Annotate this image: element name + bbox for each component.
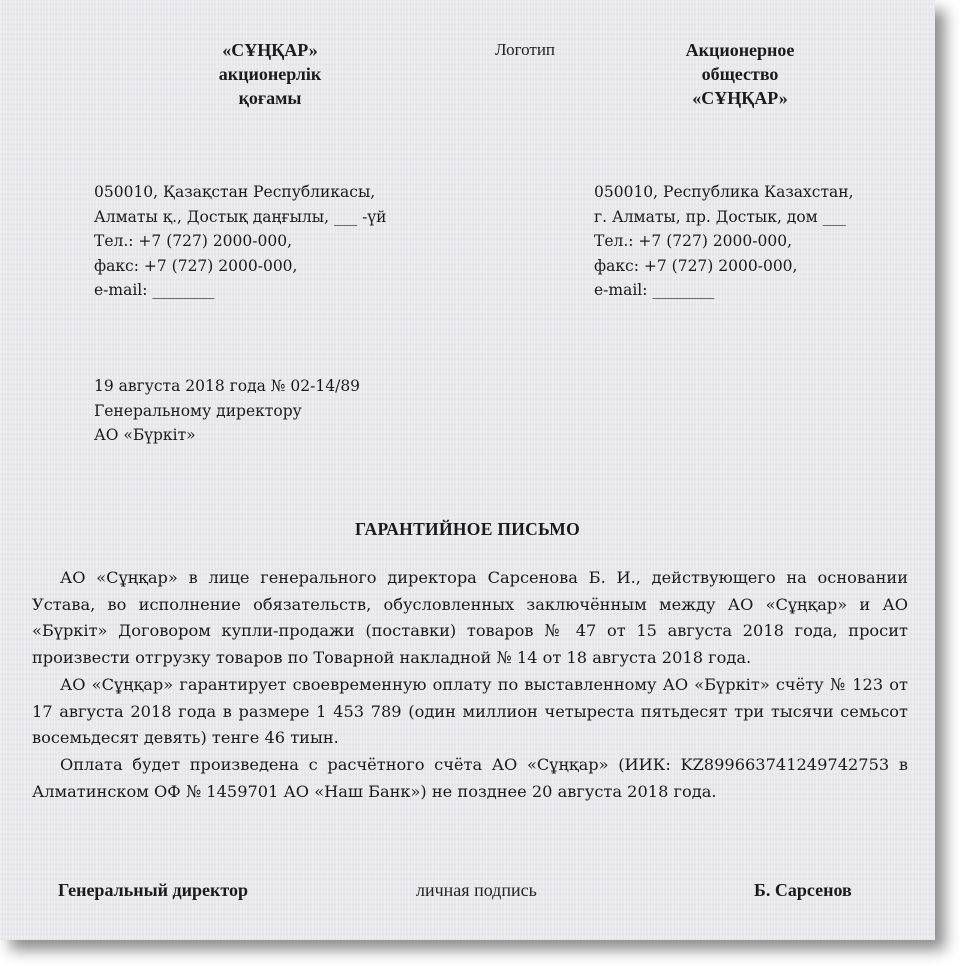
letterhead-kz-line: «СҰҢҚАР»	[180, 38, 360, 62]
address-ru: 050010, Республика Казахстан, г. Алматы,…	[594, 180, 854, 303]
address-kz-line: 050010, Қазақстан Республикасы,	[94, 180, 386, 205]
address-ru-line: 050010, Республика Казахстан,	[594, 180, 854, 205]
address-kz-fax: факс: +7 (727) 2000-000,	[94, 254, 386, 279]
document-title: ГАРАНТИЙНОЕ ПИСЬМО	[0, 519, 935, 540]
address-ru-phone: Тел.: +7 (727) 2000-000,	[594, 229, 854, 254]
letter-body: АО «Сұңқар» в лице генерального директор…	[32, 565, 908, 805]
addressee-company: АО «Бүркіт»	[94, 423, 360, 448]
address-ru-fax: факс: +7 (727) 2000-000,	[594, 254, 854, 279]
address-kz-line: Алматы қ., Достық даңғылы, ___ -үй	[94, 205, 386, 230]
letterhead-ru-line: Акционерное	[640, 38, 840, 62]
addressee-position: Генеральному директору	[94, 399, 360, 424]
recipient-block: 19 августа 2018 года № 02-14/89 Генераль…	[94, 374, 360, 448]
body-paragraph: АО «Сұңқар» в лице генерального директор…	[32, 565, 908, 672]
address-kz: 050010, Қазақстан Республикасы, Алматы қ…	[94, 180, 386, 303]
letterhead-kz-line: қоғамы	[180, 86, 360, 110]
letterhead-ru-line: «СҰҢҚАР»	[640, 86, 840, 110]
signatory-role: Генеральный директор	[58, 880, 248, 901]
body-paragraph: АО «Сұңқар» гарантирует своевременную оп…	[32, 672, 908, 752]
body-paragraph: Оплата будет произведена с расчётного сч…	[32, 752, 908, 805]
letter-page: «СҰҢҚАР» акционерлік қоғамы Логотип Акци…	[0, 0, 935, 940]
letterhead-ru-line: общество	[640, 62, 840, 86]
address-kz-email: e-mail: ________	[94, 278, 386, 303]
outgoing-date-number: 19 августа 2018 года № 02-14/89	[94, 374, 360, 399]
letterhead-ru: Акционерное общество «СҰҢҚАР»	[640, 38, 840, 110]
logo-placeholder: Логотип	[470, 38, 580, 62]
address-ru-line: г. Алматы, пр. Достык, дом ___	[594, 205, 854, 230]
letterhead-kz-line: акционерлік	[180, 62, 360, 86]
address-kz-phone: Тел.: +7 (727) 2000-000,	[94, 229, 386, 254]
address-ru-email: e-mail: ________	[594, 278, 854, 303]
letterhead-kz: «СҰҢҚАР» акционерлік қоғамы	[180, 38, 360, 110]
signature-placeholder: личная подпись	[416, 880, 537, 901]
signatory-name: Б. Сарсенов	[754, 880, 852, 901]
